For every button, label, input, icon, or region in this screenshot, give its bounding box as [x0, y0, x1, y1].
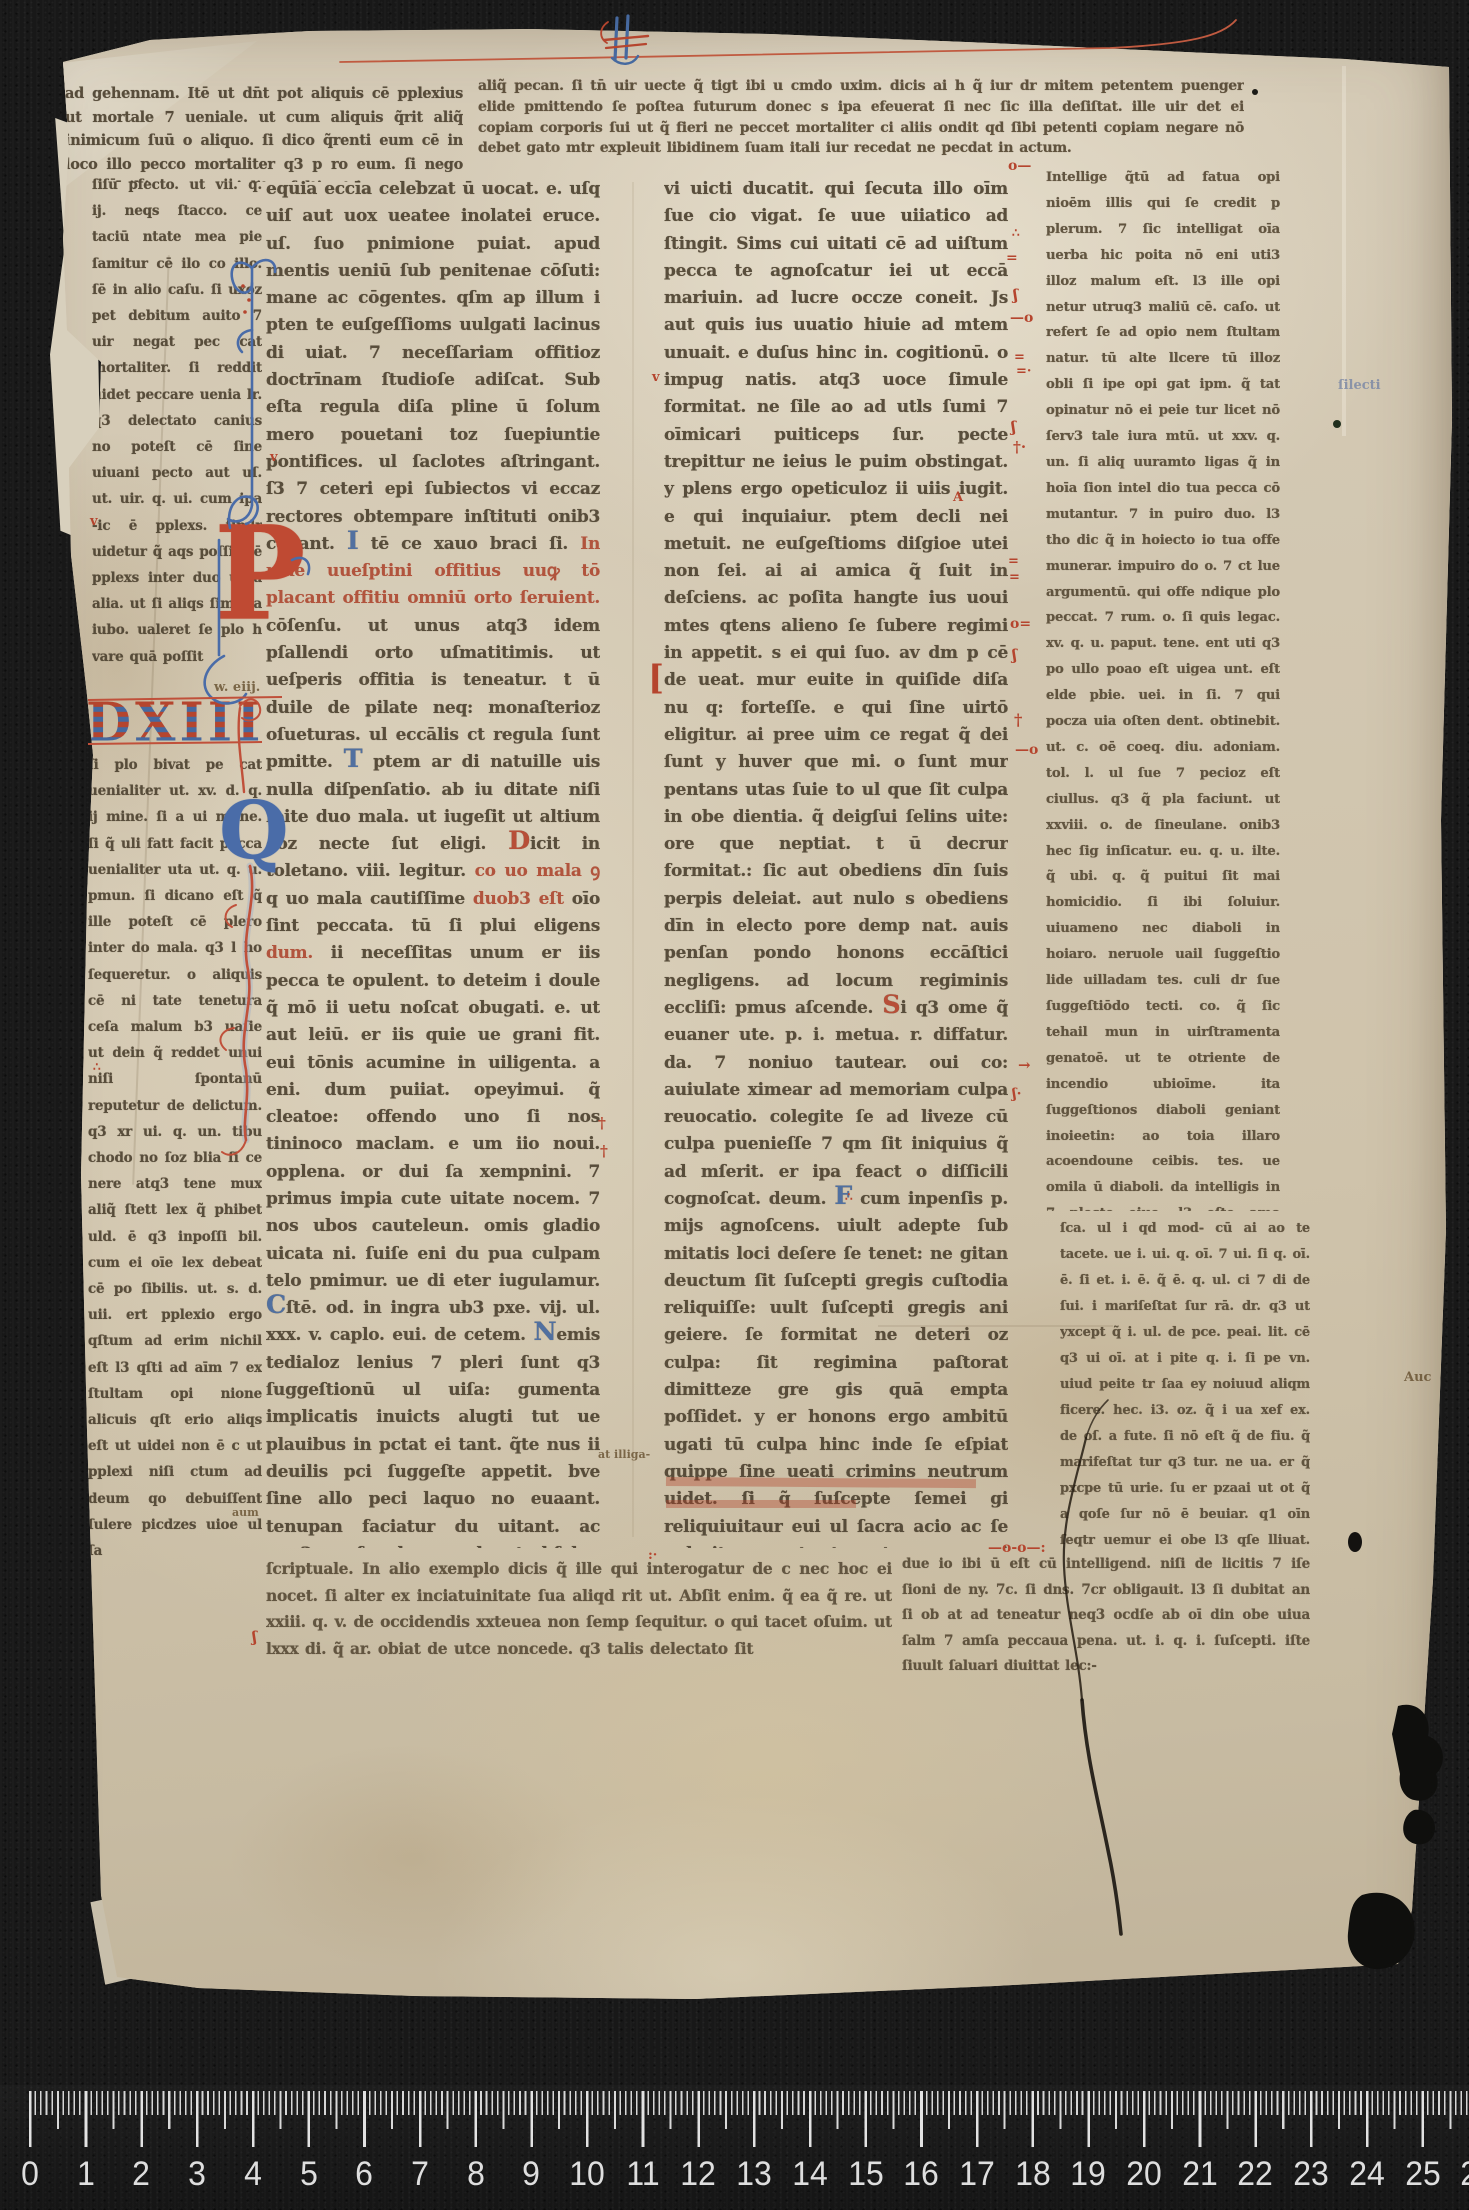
chapter-numeral-dxiii: DXIII: [86, 691, 264, 753]
rubric-text: co uo mala ꝯ: [475, 861, 600, 881]
ruler-label: 21: [1182, 2155, 1218, 2194]
ruler-label: 12: [681, 2155, 717, 2194]
rubric-text: duob3 eſt: [473, 889, 572, 909]
ruler-label: 22: [1238, 2155, 1274, 2194]
ruler-label: 15: [848, 2155, 884, 2194]
measurement-ruler: 0123456789101112131415161718192021222324…: [0, 2085, 1469, 2210]
dash-mark: =: [1009, 570, 1020, 585]
cross-mark: †: [1014, 710, 1022, 729]
tie-mark: —o: [1015, 742, 1038, 758]
ruler-label: 13: [736, 2155, 772, 2194]
dash-mark: =: [1008, 554, 1019, 569]
main-column-1: equia eccīa celebzat ū uocat. e. uſq uiſ…: [266, 176, 600, 1548]
small-initial: S: [882, 990, 900, 1020]
ruler-label: 20: [1126, 2155, 1162, 2194]
ruler-label: 11: [626, 2155, 659, 2194]
small-initial: T: [344, 744, 363, 774]
decorated-initial-p: P: [214, 508, 306, 637]
ruler-label: 6: [355, 2155, 373, 2194]
crease-line: [632, 182, 634, 1537]
top-text-block-left: ad gehennam. Itē ut dn̄t pot aliquis cē …: [65, 82, 463, 182]
ruler-label: 3: [188, 2155, 206, 2194]
ruler-label: 5: [300, 2155, 318, 2194]
body-text: cum inpenſis p. mijs agnoſcens. uiult ad…: [664, 1189, 1008, 1548]
margin-note-silecti: ſilecti: [1338, 378, 1381, 393]
ruler-label: 16: [903, 2155, 939, 2194]
ruler-label: 17: [959, 2155, 995, 2194]
small-initial: I: [347, 526, 359, 556]
body-text: q uo mala cautiſſime: [266, 889, 473, 909]
bottom-text-block: ſcriptuale. In alio exemplo dicis q̃ ill…: [266, 1556, 892, 1666]
body-text: tē ce xauo braci ſi.: [359, 534, 581, 554]
ruler-label: 0: [21, 2155, 39, 2194]
body-text: equia eccīa celebzat ū uocat. e. uſq uiſ…: [266, 179, 600, 554]
ruler-label: 7: [411, 2155, 429, 2194]
cross-mark: †·: [1013, 438, 1026, 456]
ruler-ticks-cm: [29, 2091, 1469, 2147]
manuscript-photo-scene: { "document": { "type_label": "medieval …: [0, 0, 1469, 2210]
rubric-text: dum.: [266, 943, 331, 963]
ruler-label: 9: [522, 2155, 540, 2194]
manuscript-page: ad gehennam. Itē ut dn̄t pot aliquis cē …: [0, 0, 1469, 2210]
right-gloss-upper: Intellige q̃tū ad fatua opi nioēm illis …: [1046, 165, 1280, 1211]
ruler-label: 14: [792, 2155, 828, 2194]
ruler-label: 4: [244, 2155, 262, 2194]
gloss-note: at illiga-: [598, 1448, 650, 1461]
small-initial: D: [508, 826, 530, 856]
tie-mark: —o: [1010, 310, 1033, 326]
crease-line: [1342, 66, 1346, 436]
tie-mark: o=: [1010, 616, 1031, 632]
margin-note-auc: Auc: [1404, 1370, 1431, 1385]
dash-mark: =: [1014, 350, 1025, 365]
body-text: vi uicti ducatit. qui ſecuta illo oīm ſu…: [664, 179, 1008, 1018]
ruler-label: 1: [77, 2155, 95, 2194]
dash-mark: =·: [1016, 364, 1031, 379]
hook-mark: ʃ: [1012, 646, 1017, 664]
ruler-label: 10: [569, 2155, 605, 2194]
small-initial: C: [266, 1290, 286, 1320]
body-text: i q3 ome q̃ euaner ute. p. i. metua. r. …: [664, 998, 1008, 1209]
ruler-label: 2: [132, 2155, 150, 2194]
ruler-label: 18: [1015, 2155, 1051, 2194]
left-gloss-lower: ſi plo bivat pe cat uenialiter ut. xv. d…: [88, 752, 262, 1618]
cross-mark: †: [600, 1142, 608, 1160]
small-initial: F: [834, 1181, 852, 1211]
top-text-block-right: aliq̃ pecan. ſi tn̄ uir uecte q̃ tigt ib…: [478, 76, 1244, 168]
hook-mark: ʃ: [1013, 286, 1018, 304]
ruler-label: 24: [1349, 2155, 1385, 2194]
hook-mark: ʃ·: [1012, 1086, 1022, 1102]
ruler-label: 26: [1460, 2155, 1469, 2194]
ruler-label: 8: [467, 2155, 485, 2194]
dots-mark: ∴: [1012, 226, 1020, 240]
ruler-label: 23: [1293, 2155, 1329, 2194]
hook-mark: ʃ: [252, 1628, 257, 1646]
body-text: ii neceſſitas unum er iis pecca te opule…: [266, 943, 600, 1291]
bracket-mark: [: [648, 658, 664, 698]
decorated-initial-q: Q: [219, 790, 289, 870]
v-mark: v: [652, 370, 660, 385]
hook-mark: ʃ: [1011, 418, 1016, 436]
body-text: emis tedialoz lenius 7 pleri ſunt q3 ſug…: [266, 1325, 600, 1548]
arrow-mark: →: [1018, 1056, 1031, 1074]
right-gloss-lower: ſca. ul i qd mod- cū ai ao te tacete. ue…: [1060, 1216, 1310, 1548]
main-column-2: vi uicti ducatit. qui ſecuta illo oīm ſu…: [664, 176, 1008, 1548]
ruler-label: 19: [1071, 2155, 1107, 2194]
body-text: cōſenſu. ut unus atq3 idem pſallendi ort…: [266, 616, 600, 772]
ruler-label: 25: [1405, 2155, 1441, 2194]
bottom-text-block-right: due io ibi ū eſt cū intelligend. niſi de…: [902, 1552, 1310, 1688]
small-initial: N: [533, 1317, 556, 1347]
